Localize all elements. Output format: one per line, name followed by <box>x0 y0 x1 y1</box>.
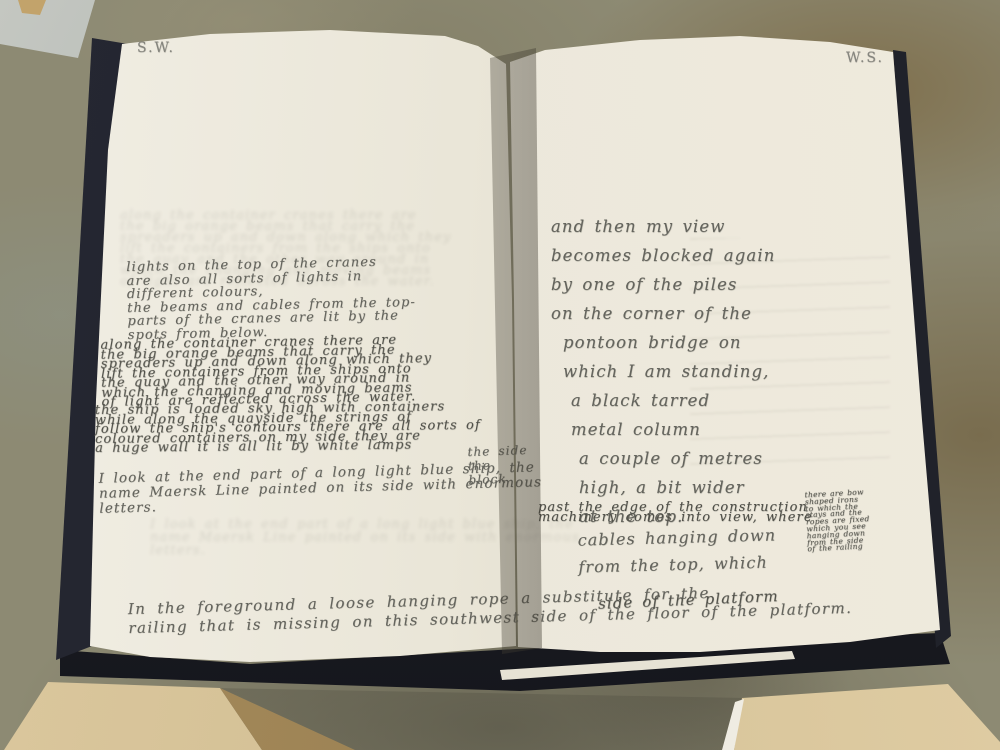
handwriting-margin-note: there are bowshaped ironsto which thesta… <box>804 488 899 554</box>
photo-stage: along the container cranes there arethe … <box>0 0 1000 750</box>
page-label-sw: S.W. <box>137 40 175 56</box>
handwriting-right-overlapped: past the edge of the constructionmachine… <box>538 503 813 523</box>
handwriting-right-column: and then my viewbecomes blocked againby … <box>551 212 775 531</box>
handwriting-left-para2-overlapped: along the container cranes there arethe … <box>100 335 432 407</box>
page-label-ws: W.S. <box>846 50 884 66</box>
handwriting-left-para1: lights on the top of the cranesare also … <box>126 255 416 342</box>
handwriting-right-tail: cables hanging downfrom the top, which <box>577 521 777 580</box>
handwriting-left-para3-overlapped: the ship is loaded sky high with contain… <box>95 402 481 454</box>
